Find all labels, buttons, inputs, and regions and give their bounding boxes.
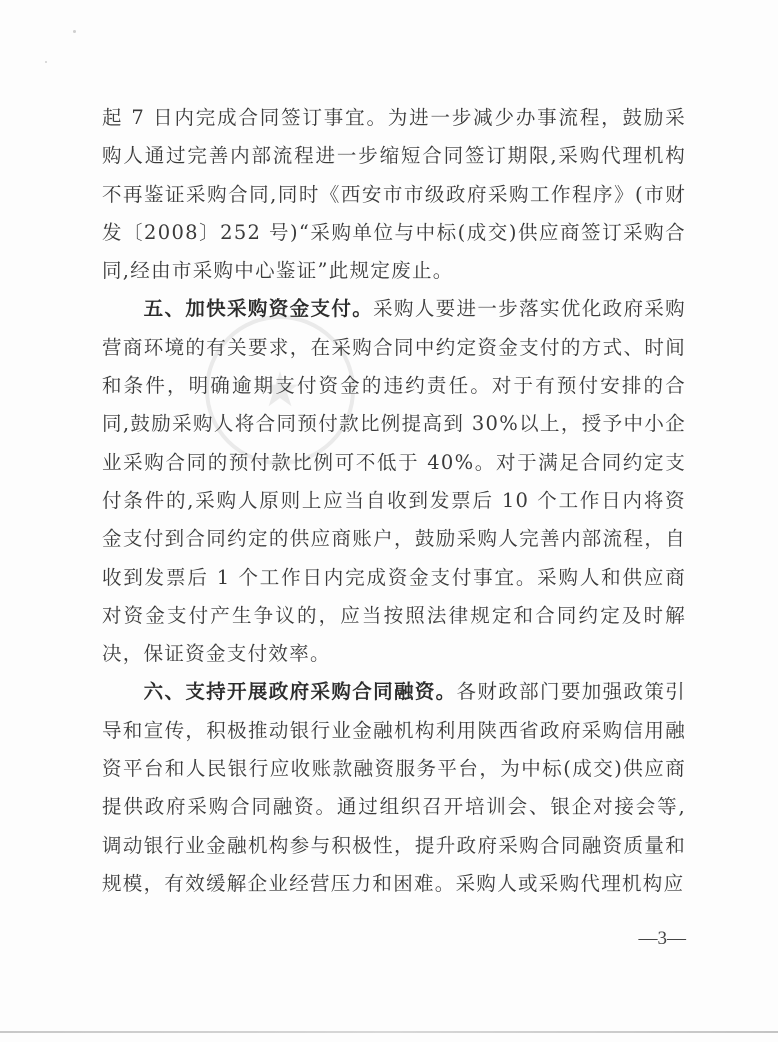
page-number: —3— xyxy=(622,928,686,950)
section-6-paragraph: 六、支持开展政府采购合同融资。各财政部门要加强政策引导和宣传，积极推动银行业金融… xyxy=(102,673,686,903)
document-page: 起 7 日内完成合同签订事宜。为进一步减少办事流程，鼓励采购人通过完善内部流程进… xyxy=(0,0,778,1042)
paragraph-continuation: 起 7 日内完成合同签订事宜。为进一步减少办事流程，鼓励采购人通过完善内部流程进… xyxy=(102,99,686,290)
paragraph-text: 起 7 日内完成合同签订事宜。为进一步减少办事流程，鼓励采购人通过完善内部流程进… xyxy=(102,106,686,282)
scan-speck xyxy=(73,30,76,33)
paragraph-text: 采购人要进一步落实优化政府采购营商环境的有关要求，在采购合同中约定资金支付的方式… xyxy=(102,297,686,665)
section-heading: 五、加快采购资金支付。 xyxy=(144,297,374,320)
paragraph-text: 各财政部门要加强政策引导和宣传，积极推动银行业金融机构利用陕西省政府采购信用融资… xyxy=(102,680,686,894)
page-bottom-edge xyxy=(0,1031,778,1033)
document-body: 起 7 日内完成合同签订事宜。为进一步减少办事流程，鼓励采购人通过完善内部流程进… xyxy=(102,99,686,903)
section-5-paragraph: 五、加快采购资金支付。采购人要进一步落实优化政府采购营商环境的有关要求，在采购合… xyxy=(102,290,686,673)
scan-speck xyxy=(45,61,47,63)
section-heading: 六、支持开展政府采购合同融资。 xyxy=(144,680,457,703)
